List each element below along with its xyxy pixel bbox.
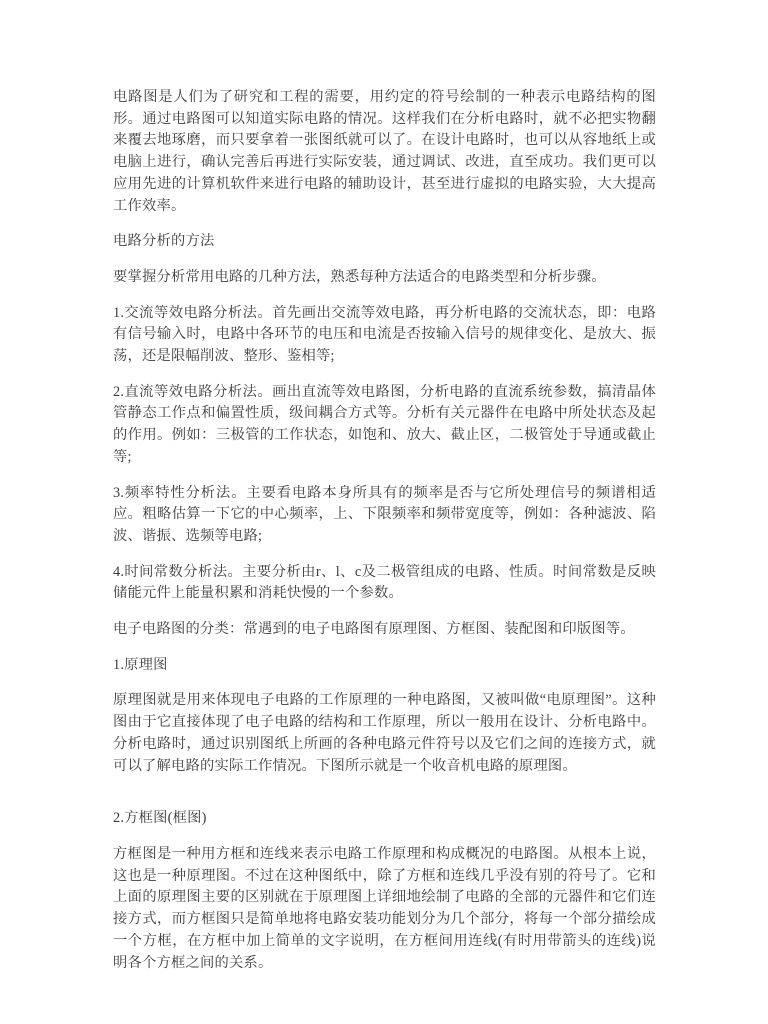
- list-item-time-constant-method: 4.时间常数分析法。主要分析由r、l、c及二极管组成的电路、性质。时间常数是反映…: [113, 562, 656, 605]
- document-page: 电路图是人们为了研究和工程的需要，用约定的符号绘制的一种表示电路结构的图形。通过…: [0, 0, 768, 1024]
- list-item-dc-equivalent-method: 2.直流等效电路分析法。画出直流等效电路图，分析电路的直流系统参数，搞清晶体管静…: [113, 382, 656, 469]
- section-heading-analysis-methods: 电路分析的方法: [113, 231, 656, 253]
- list-item-ac-equivalent-method: 1.交流等效电路分析法。首先画出交流等效电路，再分析电路的交流状态，即：电路有信…: [113, 303, 656, 368]
- section-heading-schematic-diagram: 1.原理图: [113, 655, 656, 677]
- section-heading-block-diagram: 2.方框图(框图): [113, 808, 656, 830]
- list-item-frequency-characteristic-method: 3.频率特性分析法。主要看电路本身所具有的频率是否与它所处理信号的频谱相适应。粗…: [113, 483, 656, 548]
- intro-paragraph: 电路图是人们为了研究和工程的需要，用约定的符号绘制的一种表示电路结构的图形。通过…: [113, 87, 656, 217]
- paragraph-circuit-diagram-types: 电子电路图的分类：常遇到的电子电路图有原理图、方框图、装配图和印版图等。: [113, 619, 656, 641]
- paragraph-analysis-overview: 要掌握分析常用电路的几种方法，熟悉每种方法适合的电路类型和分析步骤。: [113, 267, 656, 289]
- paragraph-schematic-description: 原理图就是用来体现电子电路的工作原理的一种电路图，又被叫做“电原理图”。这种图由…: [113, 690, 656, 777]
- paragraph-block-diagram-description: 方框图是一种用方框和连线来表示电路工作原理和构成概况的电路图。从根本上说，这也是…: [113, 844, 656, 974]
